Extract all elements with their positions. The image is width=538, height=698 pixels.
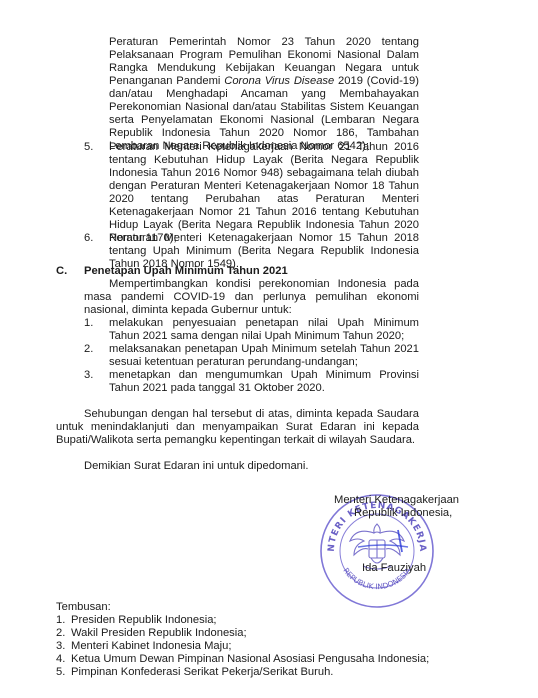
cc-number: 5. [56,666,65,679]
reference-number: 5. [84,141,93,154]
list-item: menetapkan dan mengumumkan Upah Minimum … [109,369,419,395]
closing-paragraph: Sehubungan dengan hal tersebut di atas, … [56,408,419,447]
list-number: 1. [84,317,93,330]
cc-number: 2. [56,627,65,640]
cc-number: 3. [56,640,65,653]
cc-item: Menteri Kabinet Indonesia Maju; [71,640,231,653]
italic-term: Corona Virus Disease [224,75,334,87]
reference-number: 6. [84,232,93,245]
section-letter: C. [56,265,67,278]
reference-item-4: Peraturan Pemerintah Nomor 23 Tahun 2020… [109,36,419,153]
list-item: melakukan penyesuaian penetapan nilai Up… [109,317,419,343]
list-number: 3. [84,369,93,382]
signatory-title-2: Republik Indonesia, [354,507,452,520]
cc-item: Pimpinan Konfederasi Serikat Pekerja/Ser… [71,666,333,679]
cc-number: 1. [56,614,65,627]
reference-item-5: Peraturan Menteri Ketenagakerjaan Nomor … [109,141,419,245]
cc-item: Ketua Umum Dewan Pimpinan Nasional Asosi… [71,653,429,666]
cc-number: 4. [56,653,65,666]
cc-item: Presiden Republik Indonesia; [71,614,217,627]
cc-item: Wakil Presiden Republik Indonesia; [71,627,247,640]
document-page: Peraturan Pemerintah Nomor 23 Tahun 2020… [0,0,538,698]
list-number: 2. [84,343,93,356]
signatory-name: Ida Fauziyah [362,562,426,575]
section-title: Penetapan Upah Minimum Tahun 2021 [84,265,288,278]
closing-line: Demikian Surat Edaran ini untuk dipedoma… [84,460,309,473]
section-intro: Mempertimbangkan kondisi perekonomian In… [84,278,419,317]
cc-label: Tembusan: [56,601,111,614]
list-item: melaksanakan penetapan Upah Minimum sete… [109,343,419,369]
signatory-title: Menteri Ketenagakerjaan [334,494,459,507]
